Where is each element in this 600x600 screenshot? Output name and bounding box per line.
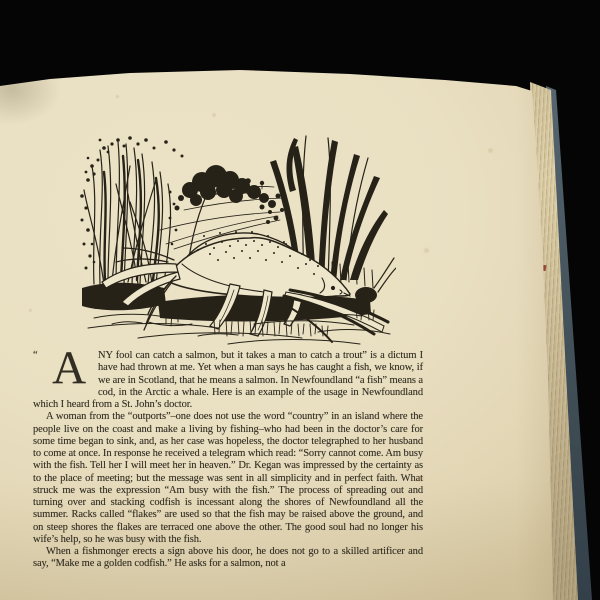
dropcap-letter-A: A <box>44 350 94 387</box>
fish-riverbank-illustration <box>78 132 396 348</box>
paragraph-2: A woman from the “outports”–one does not… <box>33 411 423 546</box>
paragraph-2-text: A woman from the “outports”–one does not… <box>33 411 423 545</box>
book-page: “ ANY fool can catch a salmon, but it ta… <box>0 0 600 600</box>
opening-quote: “ <box>33 350 44 362</box>
foxing-spot <box>416 474 425 483</box>
foxing-spot <box>211 112 217 118</box>
foxing-spot <box>115 94 120 99</box>
paragraph-1: “ ANY fool can catch a salmon, but it ta… <box>33 350 423 411</box>
paragraph-3: When a fishmonger erects a sign above hi… <box>33 546 423 571</box>
photo-of-open-book: “ ANY fool can catch a salmon, but it ta… <box>0 0 600 600</box>
foxing-spot <box>487 147 494 154</box>
foxing-spot <box>28 308 33 313</box>
page-text: “ ANY fool can catch a salmon, but it ta… <box>33 350 423 571</box>
paragraph-3-text: When a fishmonger erects a sign above hi… <box>33 546 423 569</box>
foxing-spot <box>423 247 430 254</box>
